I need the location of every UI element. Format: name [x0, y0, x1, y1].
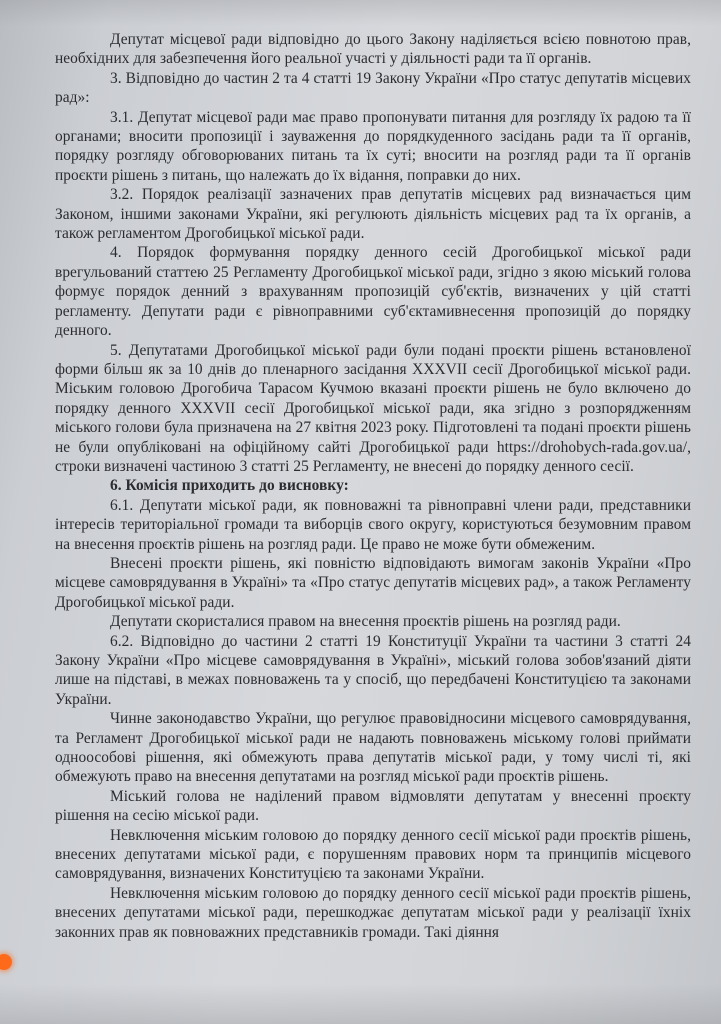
page-top-shadow — [0, 0, 721, 26]
paragraph-6-1-b: Внесені проєкти рішень, які повністю від… — [55, 554, 691, 612]
paragraph-6-2-b: Чинне законодавство України, що регулює … — [55, 709, 691, 787]
paragraph-6-1: 6.1. Депутати міської ради, як повноважн… — [55, 496, 691, 554]
paragraph-6-2-c: Міський голова не наділений правом відмо… — [55, 787, 691, 826]
paragraph-3-1: 3.1. Депутат місцевої ради має право про… — [55, 108, 691, 186]
paragraph-3-2: 3.2. Порядок реалізації зазначених прав … — [55, 185, 691, 243]
paragraph-6-2: 6.2. Відповідно до частини 2 статті 19 К… — [55, 632, 691, 710]
document-page: Депутат місцевої ради відповідно до цьог… — [55, 30, 691, 942]
paragraph-3: 3. Відповідно до частин 2 та 4 статті 19… — [55, 69, 691, 108]
paragraph-deputy-powers: Депутат місцевої ради відповідно до цьог… — [55, 30, 691, 69]
paragraph-5: 5. Депутатами Дрогобицької міської ради … — [55, 341, 691, 477]
paragraph-6-2-d: Невключення міським головою до порядку д… — [55, 826, 691, 884]
orange-marker-dot — [0, 954, 12, 970]
paragraph-6-2-e: Невключення міським головою до порядку д… — [55, 884, 691, 942]
page-bottom-shadow — [0, 984, 721, 1024]
section-6-heading: 6. Комісія приходить до висновку: — [55, 476, 691, 495]
paragraph-6-1-c: Депутати скористалися правом на внесення… — [55, 612, 691, 631]
paragraph-4: 4. Порядок формування порядку денного се… — [55, 243, 691, 340]
